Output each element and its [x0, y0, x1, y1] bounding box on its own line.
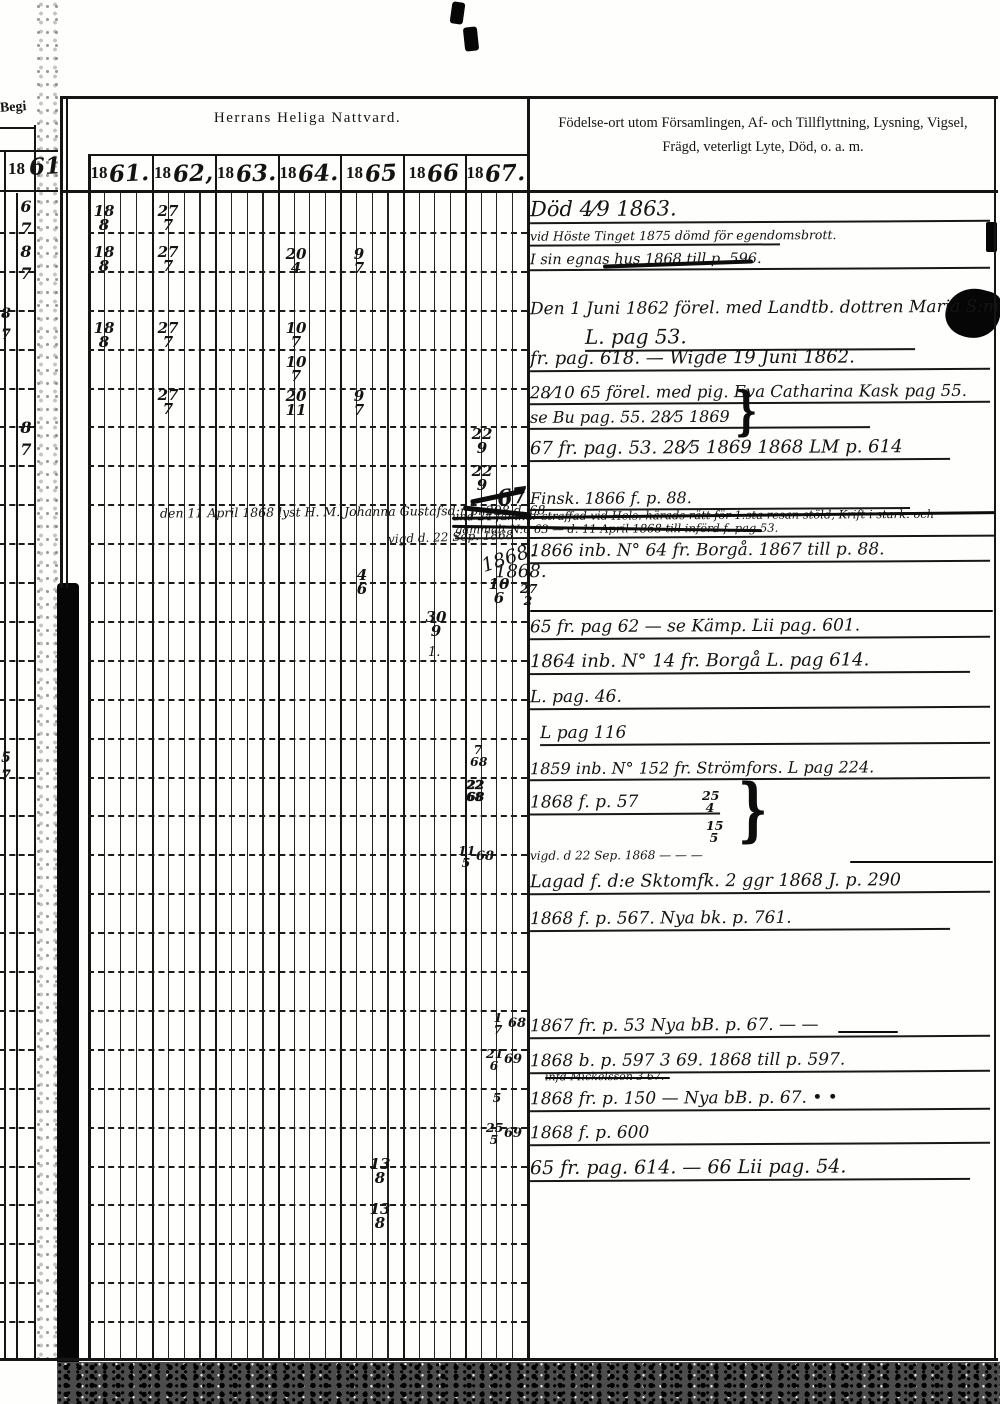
annotations-layer: den 11 April 1868 lyst H. M. Johanna Gus… [0, 0, 1000, 1404]
ink-stroke [530, 610, 993, 612]
ink-stroke [545, 1077, 670, 1079]
ink-stroke [603, 259, 753, 268]
grid-note: vigd d. 22 Sep. 1868 [388, 528, 514, 546]
ink-stroke [850, 861, 993, 863]
grid-note: 1868. [479, 539, 538, 577]
parish-register-page: Begi 18 61 Herrans Heliga Nattvard. Föde… [0, 0, 1000, 1404]
grid-note: 1. [428, 645, 440, 660]
hand-brace: } [735, 385, 758, 438]
ink-stroke [838, 1031, 898, 1033]
hand-brace: } [738, 774, 768, 843]
